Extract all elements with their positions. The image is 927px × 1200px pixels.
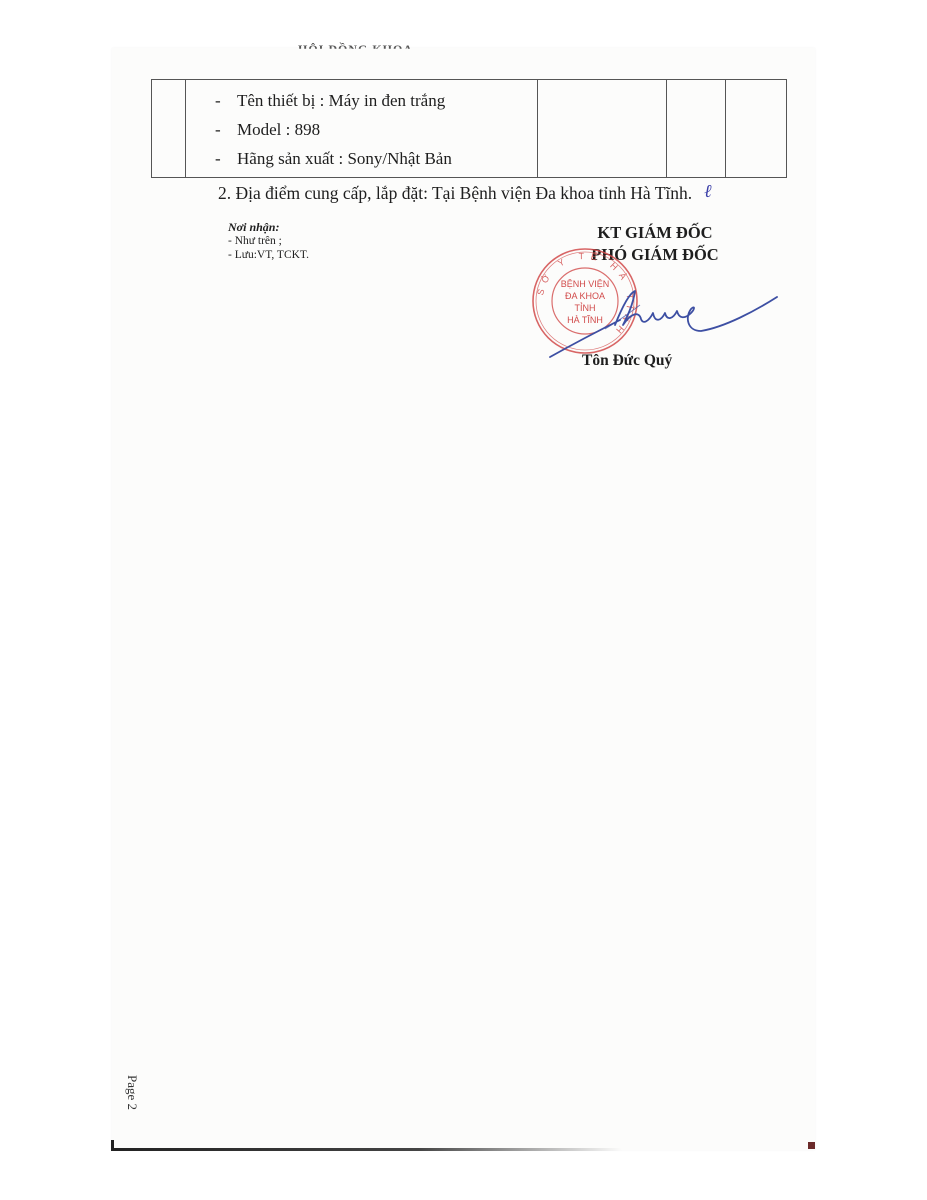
page-left-edge xyxy=(111,1140,114,1151)
table-column-divider xyxy=(666,80,667,177)
recipient-item: - Như trên ; xyxy=(228,234,309,248)
signer-name: Tôn Đức Quý xyxy=(582,352,672,370)
delivery-location: 2. Địa điểm cung cấp, lắp đặt: Tại Bệnh … xyxy=(218,183,692,204)
corner-mark xyxy=(808,1142,815,1149)
spec-device-name: Tên thiết bị : Máy in đen trắng xyxy=(237,86,445,115)
table-column-divider xyxy=(537,80,538,177)
recipient-item: - Lưu:VT, TCKT. xyxy=(228,248,309,262)
spec-manufacturer: Hãng sản xuất : Sony/Nhật Bản xyxy=(237,144,452,173)
table-column-divider xyxy=(725,80,726,177)
spec-item: - Hãng sản xuất : Sony/Nhật Bản xyxy=(215,144,452,173)
spec-model: Model : 898 xyxy=(237,115,320,144)
page-number: Page 2 xyxy=(124,1075,140,1110)
equipment-spec-list: - Tên thiết bị : Máy in đen trắng - Mode… xyxy=(215,86,452,173)
table-column-divider xyxy=(185,80,186,177)
sign-title-line1: KT GIÁM ĐỐC xyxy=(560,222,750,244)
recipients-title: Nơi nhận: xyxy=(228,220,309,234)
document-page xyxy=(112,48,815,1150)
handwritten-initial-mark: ℓ xyxy=(704,181,712,202)
recipients-block: Nơi nhận: - Như trên ; - Lưu:VT, TCKT. xyxy=(228,220,309,262)
page-bottom-edge xyxy=(112,1148,622,1151)
spec-item: - Tên thiết bị : Máy in đen trắng xyxy=(215,86,452,115)
spec-item: - Model : 898 xyxy=(215,115,452,144)
